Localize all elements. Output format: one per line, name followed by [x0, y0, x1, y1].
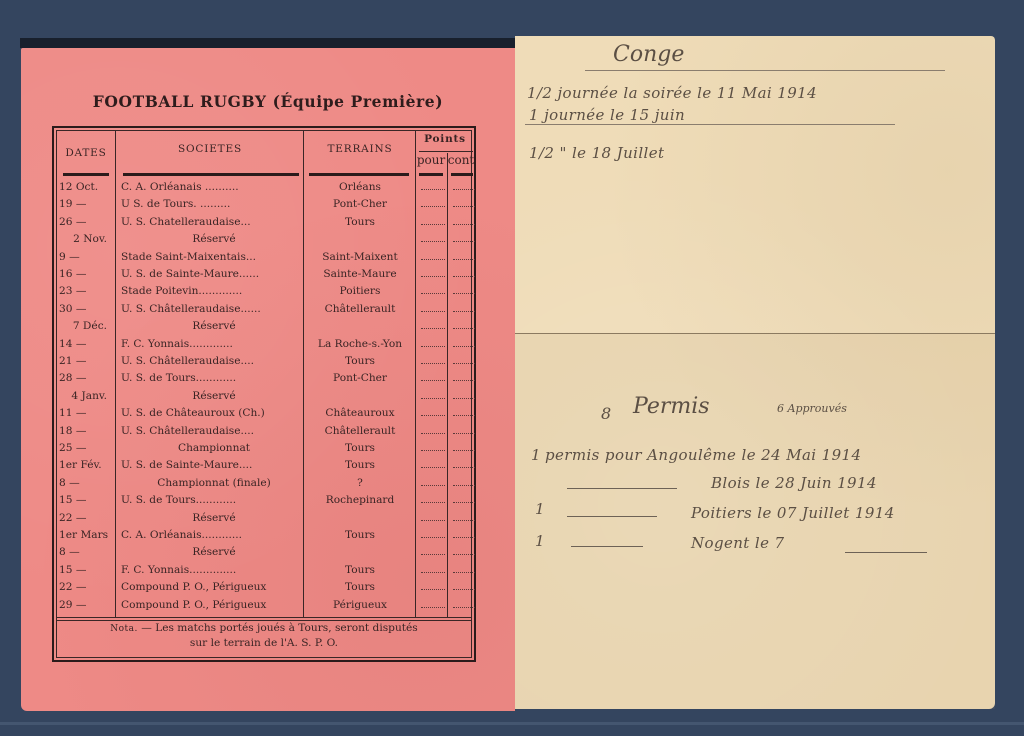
- cell-points-contre: [453, 276, 475, 277]
- cell-points-pour: [421, 276, 445, 277]
- cell-points-pour: [421, 433, 445, 434]
- cell-terrain: Tours: [305, 442, 415, 454]
- header-dates: DATES: [57, 147, 115, 159]
- conge-title: Conge: [613, 42, 684, 67]
- cell-points-contre: [453, 259, 475, 260]
- cell-terrain: Saint-Maixent: [305, 251, 415, 263]
- cell-societe: U. S. Châtelleraudaise....: [121, 425, 307, 437]
- cell-societe: F. C. Yonnais.............: [121, 338, 307, 350]
- cell-terrain: Châtellerault: [305, 425, 415, 437]
- ditto-dash: [845, 552, 927, 553]
- cell-points-contre: [453, 224, 475, 225]
- cell-date: 8 —: [59, 546, 115, 558]
- cell-societe: Championnat (finale): [121, 477, 307, 489]
- table-row: 22 —Compound P. O., PérigueuxTours: [57, 581, 471, 598]
- table-row: 4 Janv.Réservé: [57, 390, 471, 407]
- cell-points-pour: [421, 554, 445, 555]
- table-row: 15 —U. S. de Tours............Rochepinar…: [57, 494, 471, 511]
- permis-line-4-num: 1: [535, 532, 545, 550]
- cell-terrain: Tours: [305, 581, 415, 593]
- table-row: 8 —Réservé: [57, 546, 471, 563]
- table-row: 26 —U. S. Chatelleraudaise...Tours: [57, 216, 471, 233]
- cell-points-pour: [421, 520, 445, 521]
- permis-approved: 6 Approuvés: [777, 402, 847, 415]
- cell-points-pour: [421, 467, 445, 468]
- cell-points-contre: [453, 502, 475, 503]
- cell-societe: F. C. Yonnais..............: [121, 564, 307, 576]
- cell-points-pour: [421, 380, 445, 381]
- cell-date: 30 —: [59, 303, 115, 315]
- cell-points-pour: [421, 502, 445, 503]
- table-row: 16 —U. S. de Sainte-Maure......Sainte-Ma…: [57, 268, 471, 285]
- cell-terrain: Châtellerault: [305, 303, 415, 315]
- table-row: 29 —Compound P. O., PérigueuxPérigueux: [57, 599, 471, 616]
- cell-date: 1er Fév.: [59, 459, 115, 471]
- permis-line-2: Blois le 28 Juin 1914: [711, 474, 877, 492]
- cell-societe: U. S. de Tours............: [121, 494, 307, 506]
- table-row: 8 —Championnat (finale)?: [57, 477, 471, 494]
- table-row: 15 —F. C. Yonnais..............Tours: [57, 564, 471, 581]
- cell-points-contre: [453, 346, 475, 347]
- points-rule: [419, 151, 473, 152]
- cell-date: 23 —: [59, 285, 115, 297]
- right-page-handwritten: Conge 1/2 journée la soirée le 11 Mai 19…: [515, 36, 995, 709]
- cell-date: 16 —: [59, 268, 115, 280]
- cell-date: 14 —: [59, 338, 115, 350]
- cell-societe: U. S. Châtelleraudaise......: [121, 303, 307, 315]
- cell-terrain: Sainte-Maure: [305, 268, 415, 280]
- cell-points-contre: [453, 450, 475, 451]
- table-row: 23 —Stade Poitevin.............Poitiers: [57, 285, 471, 302]
- cell-points-pour: [421, 537, 445, 538]
- cell-terrain: La Roche-s.-Yon: [305, 338, 415, 350]
- cell-points-pour: [421, 206, 445, 207]
- table-row: 12 Oct.C. A. Orléanais ..........Orléans: [57, 181, 471, 198]
- table-row: 28 —U. S. de Tours............Pont-Cher: [57, 372, 471, 389]
- cell-societe: Réservé: [121, 546, 307, 558]
- ditto-dash: [567, 488, 677, 489]
- cell-points-pour: [421, 589, 445, 590]
- cell-points-contre: [453, 363, 475, 364]
- table-row: 7 Déc.Réservé: [57, 320, 471, 337]
- cell-date: 9 —: [59, 251, 115, 263]
- cell-date: 18 —: [59, 425, 115, 437]
- cell-societe: Stade Poitevin.............: [121, 285, 307, 297]
- cell-date: 15 —: [59, 494, 115, 506]
- header-points: Points: [415, 133, 475, 145]
- cell-date: 12 Oct.: [59, 181, 115, 193]
- header-terrains: TERRAINS: [305, 143, 415, 155]
- header-societes: SOCIETES: [117, 143, 303, 155]
- cell-points-pour: [421, 293, 445, 294]
- table-row: 9 —Stade Saint-Maixentais...Saint-Maixen…: [57, 251, 471, 268]
- cell-points-contre: [453, 293, 475, 294]
- cell-societe: C. A. Orléanais ..........: [121, 181, 307, 193]
- cell-points-contre: [453, 206, 475, 207]
- cell-terrain: Orléans: [305, 181, 415, 193]
- page-title: FOOTBALL RUGBY (Équipe Première): [21, 92, 515, 111]
- cell-date: 8 —: [59, 477, 115, 489]
- cell-points-pour: [421, 572, 445, 573]
- cell-terrain: Pont-Cher: [305, 198, 415, 210]
- cell-points-pour: [421, 346, 445, 347]
- cell-points-pour: [421, 328, 445, 329]
- table-row: 14 —F. C. Yonnais.............La Roche-s…: [57, 338, 471, 355]
- cell-societe: Réservé: [121, 320, 307, 332]
- cell-points-pour: [421, 259, 445, 260]
- cell-points-contre: [453, 241, 475, 242]
- cell-societe: Réservé: [121, 233, 307, 245]
- cell-date: 21 —: [59, 355, 115, 367]
- cell-date: 25 —: [59, 442, 115, 454]
- cell-points-contre: [453, 467, 475, 468]
- conge-line-3: 1/2 " le 18 Juillet: [529, 144, 664, 162]
- cell-points-contre: [453, 380, 475, 381]
- permis-title: Permis: [633, 394, 710, 419]
- cell-societe: U. S. de Châteauroux (Ch.): [121, 407, 307, 419]
- cell-societe: Compound P. O., Périgueux: [121, 581, 307, 593]
- cell-points-contre: [453, 537, 475, 538]
- cell-points-pour: [421, 224, 445, 225]
- cell-terrain: Périgueux: [305, 599, 415, 611]
- permis-line-3-num: 1: [535, 500, 545, 518]
- cell-points-contre: [453, 485, 475, 486]
- cell-points-contre: [453, 572, 475, 573]
- cell-societe: U S. de Tours. .........: [121, 198, 307, 210]
- fixtures-table: DATES SOCIETES TERRAINS Points pour cont…: [52, 126, 476, 662]
- background-streak: [0, 722, 1024, 725]
- cell-points-contre: [453, 415, 475, 416]
- cell-points-contre: [453, 189, 475, 190]
- cell-date: 1er Mars: [59, 529, 115, 541]
- cell-terrain: Tours: [305, 355, 415, 367]
- table-row: 2 Nov.Réservé: [57, 233, 471, 250]
- cell-date: 15 —: [59, 564, 115, 576]
- conge-line-2: 1 journée le 15 juin: [529, 106, 685, 124]
- table-row: 22 —Réservé: [57, 512, 471, 529]
- table-row: 11 —U. S. de Châteauroux (Ch.)Châteaurou…: [57, 407, 471, 424]
- left-page-schedule: FOOTBALL RUGBY (Équipe Première) DATES S…: [21, 48, 515, 711]
- cell-points-pour: [421, 450, 445, 451]
- cell-points-contre: [453, 311, 475, 312]
- header-pour: pour: [415, 153, 447, 167]
- cell-societe: U. S. de Sainte-Maure....: [121, 459, 307, 471]
- cell-date: 19 —: [59, 198, 115, 210]
- cell-date: 4 Janv.: [59, 390, 107, 402]
- cell-societe: U. S. Châtelleraudaise....: [121, 355, 307, 367]
- cell-terrain: Tours: [305, 564, 415, 576]
- cell-points-pour: [421, 607, 445, 608]
- cell-points-contre: [453, 520, 475, 521]
- cell-date: 22 —: [59, 581, 115, 593]
- cell-societe: Réservé: [121, 512, 307, 524]
- permis-line-4: Nogent le 7: [691, 534, 784, 552]
- table-row: 30 —U. S. Châtelleraudaise......Châtelle…: [57, 303, 471, 320]
- cell-points-pour: [421, 241, 445, 242]
- cell-points-pour: [421, 485, 445, 486]
- table-row: 1er Fév.U. S. de Sainte-Maure....Tours: [57, 459, 471, 476]
- cell-terrain: Pont-Cher: [305, 372, 415, 384]
- cell-date: 29 —: [59, 599, 115, 611]
- cell-societe: Réservé: [121, 390, 307, 402]
- cell-societe: U. S. Chatelleraudaise...: [121, 216, 307, 228]
- cell-date: 11 —: [59, 407, 115, 419]
- cell-terrain: Tours: [305, 459, 415, 471]
- page-fold: [515, 333, 995, 334]
- cell-terrain: Tours: [305, 216, 415, 228]
- cell-points-contre: [453, 607, 475, 608]
- cell-points-pour: [421, 415, 445, 416]
- cell-date: 28 —: [59, 372, 115, 384]
- cell-societe: U. S. de Tours............: [121, 372, 307, 384]
- cell-date: 22 —: [59, 512, 115, 524]
- cell-points-pour: [421, 363, 445, 364]
- cell-terrain: Poitiers: [305, 285, 415, 297]
- cell-societe: Championnat: [121, 442, 307, 454]
- nota-note: Nota. — Les matchs portés joués à Tours,…: [63, 621, 465, 650]
- cell-points-contre: [453, 328, 475, 329]
- cell-societe: Compound P. O., Périgueux: [121, 599, 307, 611]
- header-contre: cont: [447, 153, 475, 167]
- ditto-dash: [571, 546, 643, 547]
- ditto-dash: [567, 516, 657, 517]
- cell-date: 7 Déc.: [59, 320, 107, 332]
- cell-date: 2 Nov.: [59, 233, 107, 245]
- cell-date: 26 —: [59, 216, 115, 228]
- table-row: 1er MarsC. A. Orléanais............Tours: [57, 529, 471, 546]
- cell-points-contre: [453, 589, 475, 590]
- cell-terrain: ?: [305, 477, 415, 489]
- cell-societe: Stade Saint-Maixentais...: [121, 251, 307, 263]
- cell-terrain: Châteauroux: [305, 407, 415, 419]
- cell-societe: U. S. de Sainte-Maure......: [121, 268, 307, 280]
- permis-line-3: Poitiers le 07 Juillet 1914: [691, 504, 895, 522]
- cell-points-pour: [421, 398, 445, 399]
- cell-points-contre: [453, 554, 475, 555]
- table-row: 21 —U. S. Châtelleraudaise....Tours: [57, 355, 471, 372]
- permis-count: 8: [601, 404, 612, 423]
- permis-line-1-num: 1: [531, 446, 541, 464]
- conge-line-1: 1/2 journée la soirée le 11 Mai 1914: [527, 84, 817, 102]
- cell-terrain: Tours: [305, 529, 415, 541]
- table-row: 18 —U. S. Châtelleraudaise....Châtellera…: [57, 425, 471, 442]
- table-row: 25 —ChampionnatTours: [57, 442, 471, 459]
- cell-societe: C. A. Orléanais............: [121, 529, 307, 541]
- cell-terrain: Rochepinard: [305, 494, 415, 506]
- cell-points-pour: [421, 311, 445, 312]
- permis-line-1: permis pour Angoulême le 24 Mai 1914: [545, 446, 861, 464]
- table-row: 19 —U S. de Tours. .........Pont-Cher: [57, 198, 471, 215]
- cell-points-contre: [453, 433, 475, 434]
- cell-points-contre: [453, 398, 475, 399]
- cell-points-pour: [421, 189, 445, 190]
